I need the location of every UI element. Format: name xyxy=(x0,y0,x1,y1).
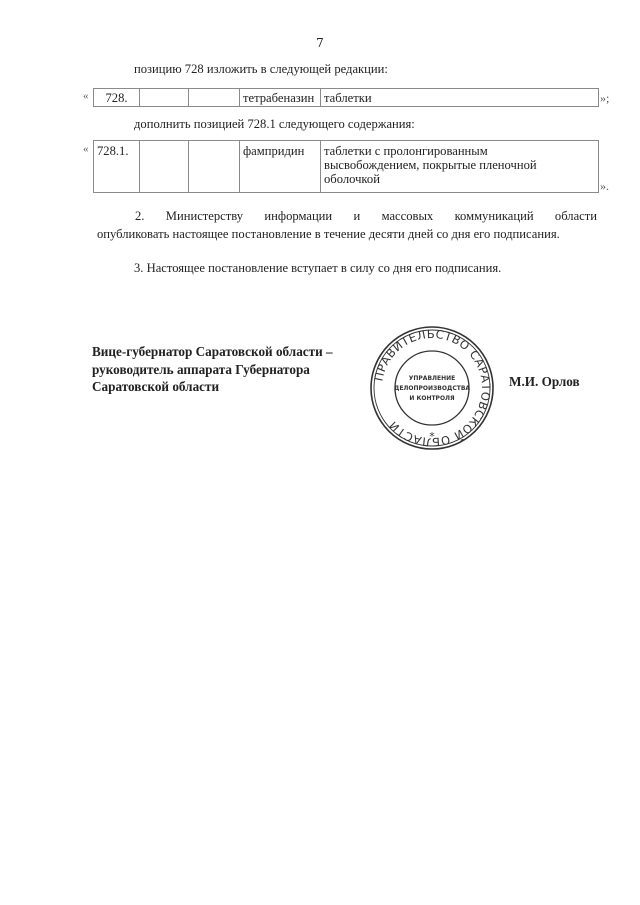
title-line: Вице-губернатор Саратовской области – xyxy=(92,343,333,361)
official-stamp: ПРАВИТЕЛЬСТВО САРАТОВСКОЙ ОБЛАСТИ УПРАВЛ… xyxy=(368,324,496,452)
cell-empty xyxy=(140,141,189,193)
amendment1-intro: позицию 728 изложить в следующей редакци… xyxy=(134,62,388,77)
form-line: таблетки с пролонгированным xyxy=(324,144,595,158)
form-line: оболочкой xyxy=(324,172,595,186)
stamp-inner-line: УПРАВЛЕНИЕ xyxy=(409,375,456,382)
cell-form: таблетки с пролонгированным высвобождени… xyxy=(321,141,599,193)
amendment1-table: 728. тетрабеназин таблетки xyxy=(93,88,599,107)
stamp-star: * xyxy=(429,430,435,443)
close-quote: »; xyxy=(600,91,609,106)
close-quote: ». xyxy=(600,179,609,194)
form-line: высвобождением, покрытые пленочной xyxy=(324,158,595,172)
cell-empty xyxy=(189,89,240,107)
signatory-title: Вице-губернатор Саратовской области – ру… xyxy=(92,343,333,396)
cell-drug-name: фампридин xyxy=(240,141,321,193)
amendment2-intro: дополнить позицией 728.1 следующего соде… xyxy=(134,117,415,132)
signatory-name: М.И. Орлов xyxy=(509,374,580,390)
paragraph-3: 3. Настоящее постановление вступает в си… xyxy=(134,261,501,276)
title-line: Саратовской области xyxy=(92,378,333,396)
cell-empty xyxy=(140,89,189,107)
table-row: 728. тетрабеназин таблетки xyxy=(94,89,599,107)
cell-number: 728.1. xyxy=(94,141,140,193)
table-row: 728.1. фампридин таблетки с пролонгирова… xyxy=(94,141,599,193)
page-number: 7 xyxy=(0,36,640,50)
paragraph-2: 2. Министерству информации и массовых ко… xyxy=(97,207,597,243)
cell-form: таблетки xyxy=(321,89,599,107)
paragraph-2-rest: опубликовать настоящее постановление в т… xyxy=(97,227,560,241)
stamp-inner-line: И КОНТРОЛЯ xyxy=(409,395,455,402)
cell-number: 728. xyxy=(94,89,140,107)
stamp-inner-line: ДЕЛОПРОИЗВОДСТВА xyxy=(394,385,470,392)
cell-drug-name: тетрабеназин xyxy=(240,89,321,107)
stamp-seal-icon: ПРАВИТЕЛЬСТВО САРАТОВСКОЙ ОБЛАСТИ УПРАВЛ… xyxy=(368,324,496,452)
cell-empty xyxy=(189,141,240,193)
open-quote: « xyxy=(83,90,89,102)
open-quote: « xyxy=(83,143,89,155)
amendment2-table: 728.1. фампридин таблетки с пролонгирова… xyxy=(93,140,599,193)
title-line: руководитель аппарата Губернатора xyxy=(92,361,333,379)
paragraph-2-line1: 2. Министерству информации и массовых ко… xyxy=(97,207,597,225)
